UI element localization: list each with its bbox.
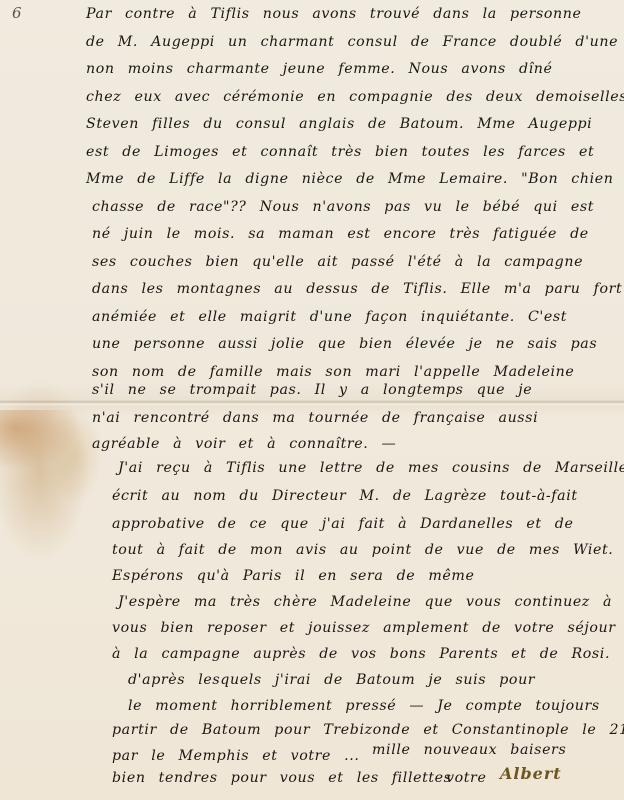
letter-line: tout à fait de mon avis au point de vue … — [112, 542, 613, 558]
letter-line: partir de Batoum pour Trebizonde et Cons… — [112, 722, 624, 738]
letter-line: Par contre à Tiflis nous avons trouvé da… — [86, 6, 582, 22]
letter-line: le moment horriblement pressé — Je compt… — [128, 698, 600, 714]
letter-line: Mme de Liffe la digne nièce de Mme Lemai… — [86, 171, 613, 187]
letter-line: approbative de ce que j'ai fait à Dardan… — [112, 516, 573, 532]
letter-line: est de Limoges et connaît très bien tout… — [86, 144, 594, 160]
letter-line: vous bien reposer et jouissez amplement … — [112, 620, 616, 636]
paper-fold — [0, 400, 624, 406]
letter-line: ses couches bien qu'elle ait passé l'été… — [92, 254, 583, 270]
letter-line: chez eux avec cérémonie en compagnie des… — [86, 89, 624, 105]
letter-line: de M. Augeppi un charmant consul de Fran… — [86, 34, 618, 50]
letter-line: d'après lesquels j'irai de Batoum je sui… — [128, 672, 535, 688]
letter-line: non moins charmante jeune femme. Nous av… — [86, 61, 553, 77]
letter-line: J'ai reçu à Tiflis une lettre de mes cou… — [118, 460, 624, 476]
page-number: 6 — [12, 4, 22, 22]
letter-line: écrit au nom du Directeur M. de Lagrèze … — [112, 488, 578, 504]
signature: Albert — [500, 764, 562, 783]
letter-line: Espérons qu'à Paris il en sera de même — [112, 568, 474, 584]
paper-stain — [0, 410, 80, 470]
letter-line: né juin le mois. sa maman est encore trè… — [92, 226, 589, 242]
letter-line: J'espère ma très chère Madeleine que vou… — [118, 594, 612, 610]
letter-line: agréable à voir et à connaître. — — [92, 436, 396, 452]
letter-line: à la campagne auprès de vos bons Parents… — [112, 646, 610, 662]
letter-line: une personne aussi jolie que bien élevée… — [92, 336, 597, 352]
letter-line: s'il ne se trompait pas. Il y a longtemp… — [92, 382, 532, 398]
letter-line: bien tendres pour vous et les fillettes — [112, 770, 452, 786]
letter-line: n'ai rencontré dans ma tournée de frança… — [92, 410, 538, 426]
letter-line: anémiée et elle maigrit d'une façon inqu… — [92, 309, 567, 325]
letter-page: 6 Par contre à Tiflis nous avons trouvé … — [0, 0, 624, 800]
letter-line: dans les montagnes au dessus de Tiflis. … — [92, 281, 622, 297]
letter-line: par le Memphis et votre ... — [112, 748, 359, 764]
closing: votre — [446, 770, 486, 786]
letter-line: chasse de race"?? Nous n'avons pas vu le… — [92, 199, 594, 215]
letter-line: Steven filles du consul anglais de Batou… — [86, 116, 592, 132]
letter-line: mille nouveaux baisers — [372, 742, 566, 758]
letter-line: son nom de famille mais son mari l'appel… — [92, 364, 574, 380]
